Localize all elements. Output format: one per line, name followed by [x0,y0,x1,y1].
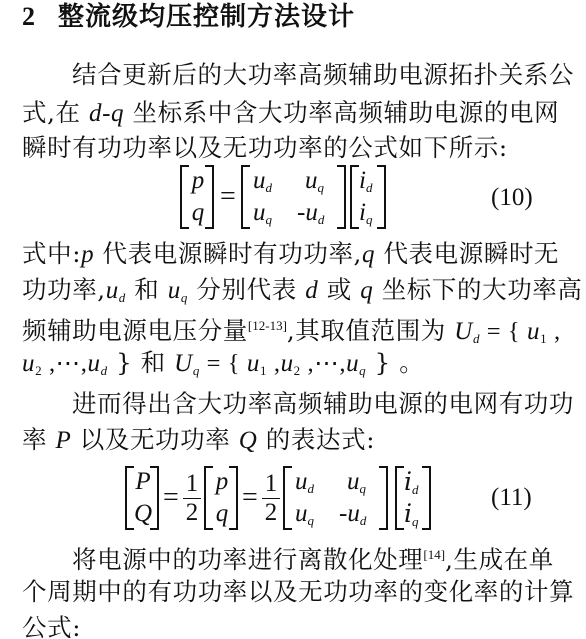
left-bracket [241,165,250,229]
section-heading: 2整流级均压控制方法设计 [22,0,355,34]
citation-12-13[interactable]: [12-13] [248,318,287,333]
math-dq: d-q [89,100,124,127]
paragraph2-line1: 式中:p 代表电源瞬时有功功率,q 代表电源瞬时无 [22,239,559,270]
m22: -ud [297,199,324,234]
mid-vector: p q [204,466,238,530]
current-vector-11: id iq [395,466,431,530]
right-bracket [337,165,346,229]
fraction-half: 12 [183,471,201,526]
lhs-q: q [188,199,208,227]
fraction-half-2: 12 [262,471,280,526]
paragraph1-line3: 瞬时有功功率以及无功功率的公式如下所示: [22,133,508,163]
iq: iq [359,199,372,234]
paragraph1-line2: 式,在 d-q 坐标系中含大功率高频辅助电源的电网 [22,98,559,129]
equation-number-11: (11) [491,484,532,512]
paragraph3-line1: 进而得出含大功率高频辅助电源的电网有功功 [72,389,574,419]
paragraph4-line3: 公式: [22,613,81,639]
current-vector: id iq [350,165,386,229]
lhs-vector: P Q [125,466,159,530]
paragraph1-line1: 结合更新后的大功率高频辅助电源拓扑关系公 [72,60,574,90]
coef-matrix: ud uq uq -ud [283,466,388,530]
paragraph2-line4: u2 ,⋯,ud } 和 Uq = { u1 ,u2 ,⋯,uq } 。 [22,348,424,386]
mid-q: q [212,500,232,528]
equals-sign-2: = [242,484,258,512]
m11: ud [253,167,272,202]
paragraph4-line2: 个周期中的有功功率以及无功功率的变化率的计算 [22,577,574,607]
lhs-P: P [132,468,154,496]
section-title: 整流级均压控制方法设计 [58,2,355,32]
text: 坐标系中含大功率高频辅助电源的电网 [124,98,559,127]
m21: uq [253,199,272,234]
coef-matrix: ud uq uq -ud [241,165,346,229]
paragraph3-line2: 率 P 以及无功功率 Q 的表达式: [22,425,375,456]
right-bracket [377,165,386,229]
equals-sign: = [220,183,236,211]
text: 式,在 [22,98,89,127]
paragraph4-line1: 将电源中的功率进行离散化处理[14],生成在单 [72,540,554,575]
mid-p: p [212,468,232,496]
citation-14[interactable]: [14] [423,547,445,562]
lhs-p: p [188,167,208,195]
equation-number-10: (10) [491,184,533,212]
m12: uq [305,167,324,202]
equation-11: P Q = 12 p q = 12 ud uq uq -ud [125,466,395,532]
equation-10: p q = ud uq uq -ud id iq [180,165,400,231]
id: id [359,167,372,202]
lhs-vector: p q [180,165,214,229]
section-number: 2 [22,0,58,34]
paragraph2-line2: 功功率,ud 和 uq 分别代表 d 或 q 坐标下的大功率高 [22,275,583,313]
lhs-Q: Q [132,500,154,528]
equals-sign: = [163,484,179,512]
left-bracket [350,165,359,229]
